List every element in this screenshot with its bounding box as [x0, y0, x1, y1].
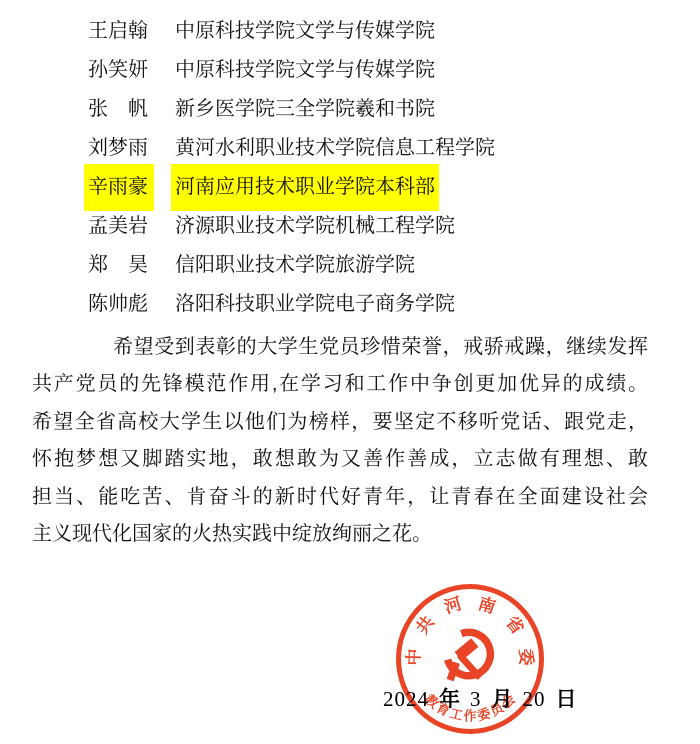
date-month: 3 [470, 687, 482, 712]
member-name: 张 帆 [88, 90, 150, 129]
date-year-label: 年 [439, 683, 460, 713]
member-name: 陈帅彪 [88, 285, 150, 324]
member-name: 王启翰 [88, 12, 150, 51]
date-day: 20 [523, 687, 546, 712]
commendation-paragraph: 希望受到表彰的大学生党员珍惜荣誉，戒骄戒躁，继续发挥 共产党员的先锋模范作用,在… [32, 329, 648, 553]
member-institution: 济源职业技术学院机械工程学院 [175, 207, 455, 246]
member-institution: 洛阳科技职业学院电子商务学院 [175, 285, 455, 324]
member-name: 辛雨豪 [88, 168, 150, 207]
member-name: 郑 昊 [88, 246, 150, 285]
roster-row: 王启翰中原科技学院文学与传媒学院 [88, 12, 495, 51]
roster-row: 刘梦雨黄河水利职业技术学院信息工程学院 [88, 129, 495, 168]
roster-row-highlighted: 辛雨豪河南应用技术职业学院本科部 [88, 168, 495, 207]
paragraph-line: 主义现代化国家的火热实践中绽放绚丽之花。 [32, 516, 648, 553]
date-line: 2024 年 3 月 20 日 [383, 683, 577, 713]
date-day-label: 日 [556, 683, 577, 713]
roster-row: 孟美岩济源职业技术学院机械工程学院 [88, 207, 495, 246]
member-institution: 信阳职业技术学院旅游学院 [175, 246, 415, 285]
roster-row: 孙笑妍中原科技学院文学与传媒学院 [88, 51, 495, 90]
member-institution: 中原科技学院文学与传媒学院 [175, 51, 435, 90]
member-name: 刘梦雨 [88, 129, 150, 168]
roster-row: 张 帆新乡医学院三全学院羲和书院 [88, 90, 495, 129]
roster-row: 郑 昊信阳职业技术学院旅游学院 [88, 246, 495, 285]
member-name: 孙笑妍 [88, 51, 150, 90]
member-institution: 黄河水利职业技术学院信息工程学院 [175, 129, 495, 168]
member-institution: 河南应用技术职业学院本科部 [175, 168, 435, 207]
document-page: 王启翰中原科技学院文学与传媒学院 孙笑妍中原科技学院文学与传媒学院 张 帆新乡医… [0, 0, 700, 744]
award-roster: 王启翰中原科技学院文学与传媒学院 孙笑妍中原科技学院文学与传媒学院 张 帆新乡医… [88, 12, 495, 324]
date-month-label: 月 [492, 683, 513, 713]
member-institution: 中原科技学院文学与传媒学院 [175, 12, 435, 51]
paragraph-line: 担当、能吃苦、肯奋斗的新时代好青年，让青春在全面建设社会 [32, 479, 648, 516]
seal-arc-char: 中 [399, 648, 425, 666]
date-year: 2024 [383, 687, 429, 712]
paragraph-line: 希望受到表彰的大学生党员珍惜荣誉，戒骄戒躁，继续发挥 [32, 329, 648, 366]
seal-arc-char: 委 [515, 648, 541, 666]
paragraph-line: 希望全省高校大学生以他们为榜样，要坚定不移听党话、跟党走， [32, 404, 648, 441]
member-name: 孟美岩 [88, 207, 150, 246]
paragraph-line: 共产党员的先锋模范作用,在学习和工作中争创更加优异的成绩。 [32, 366, 648, 403]
member-institution: 新乡医学院三全学院羲和书院 [175, 90, 435, 129]
roster-row: 陈帅彪洛阳科技职业学院电子商务学院 [88, 285, 495, 324]
hammer-sickle-icon [439, 629, 501, 691]
paragraph-line: 怀抱梦想又脚踏实地，敢想敢为又善作善成，立志做有理想、敢 [32, 441, 648, 478]
